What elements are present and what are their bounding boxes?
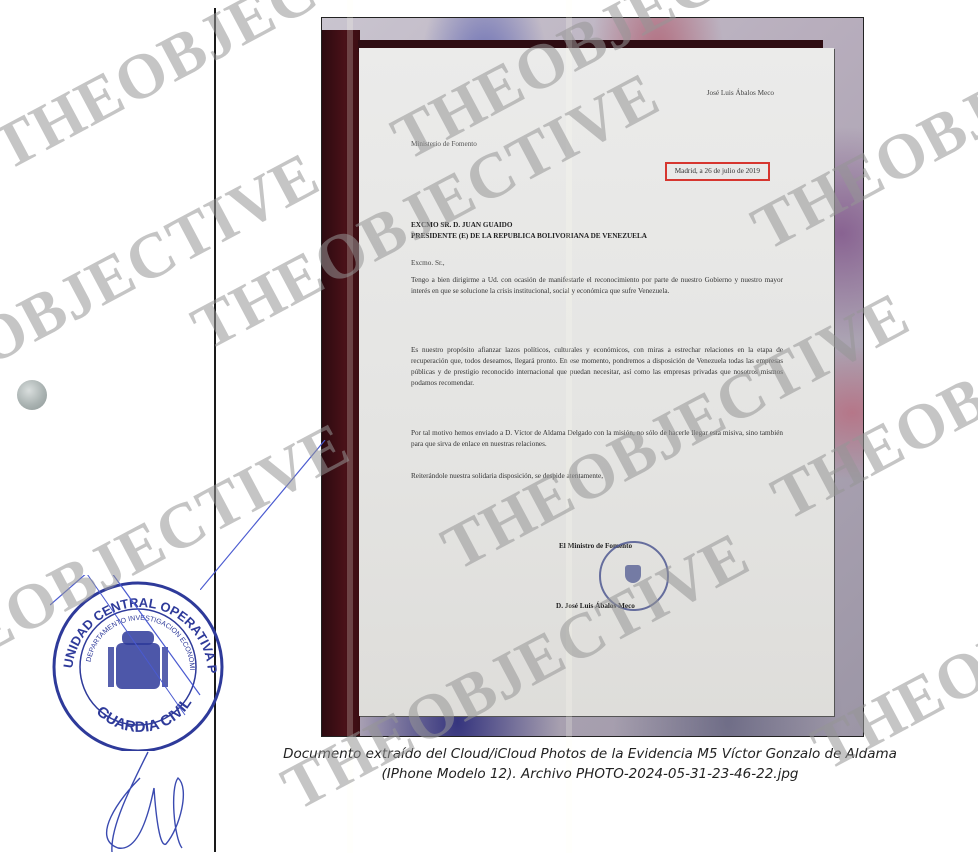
evidence-photo: José Luis Ábalos Meco Ministerio de Fome… — [321, 17, 864, 737]
scan-streak — [566, 0, 572, 853]
letter-paragraph: Por tal motivo hemos enviado a D. Víctor… — [411, 428, 783, 450]
guardia-civil-stamp-icon: UNIDAD CENTRAL OPERATIVA POLICIA JUDICIA… — [50, 575, 226, 751]
svg-text:GUARDIA CIVIL: GUARDIA CIVIL — [93, 695, 195, 736]
letter-addressee: EXCMO SR. D. JUAN GUAIDO PRESIDENTE (E) … — [411, 220, 647, 242]
letter-ministry-header: Ministerio de Fomento — [411, 139, 477, 150]
caption-line-2: (IPhone Modelo 12). Archivo PHOTO-2024-0… — [240, 764, 940, 784]
handwritten-signature-icon — [70, 748, 210, 853]
bullet-dot-icon — [17, 380, 47, 410]
addressee-line-1: EXCMO SR. D. JUAN GUAIDO — [411, 220, 647, 231]
letter-greeting: Excmo. Sr., — [411, 258, 445, 269]
letter-author-header: José Luis Ábalos Meco — [707, 88, 774, 99]
letter-page: José Luis Ábalos Meco Ministerio de Fome… — [359, 48, 834, 716]
addressee-line-2: PRESIDENTE (E) DE LA REPUBLICA BOLIVORIA… — [411, 231, 647, 242]
watermark: THEOBJECTIVE — [0, 137, 331, 445]
scan-streak — [347, 0, 353, 853]
letter-date-highlight: Madrid, a 26 de julio de 2019 — [665, 162, 770, 181]
letter-paragraph: Reiterándole nuestra solidaria disposici… — [411, 471, 783, 482]
caption-line-1: Documento extraído del Cloud/iCloud Phot… — [240, 744, 940, 764]
letter-paragraph: Tengo a bien dirigirme a Ud. con ocasión… — [411, 275, 783, 297]
letter-paragraph: Es nuestro propósito afianzar lazos polí… — [411, 345, 783, 389]
photo-background-band — [322, 30, 360, 737]
signature-stroke-icon — [200, 440, 340, 590]
figure-caption: Documento extraído del Cloud/iCloud Phot… — [240, 744, 940, 784]
